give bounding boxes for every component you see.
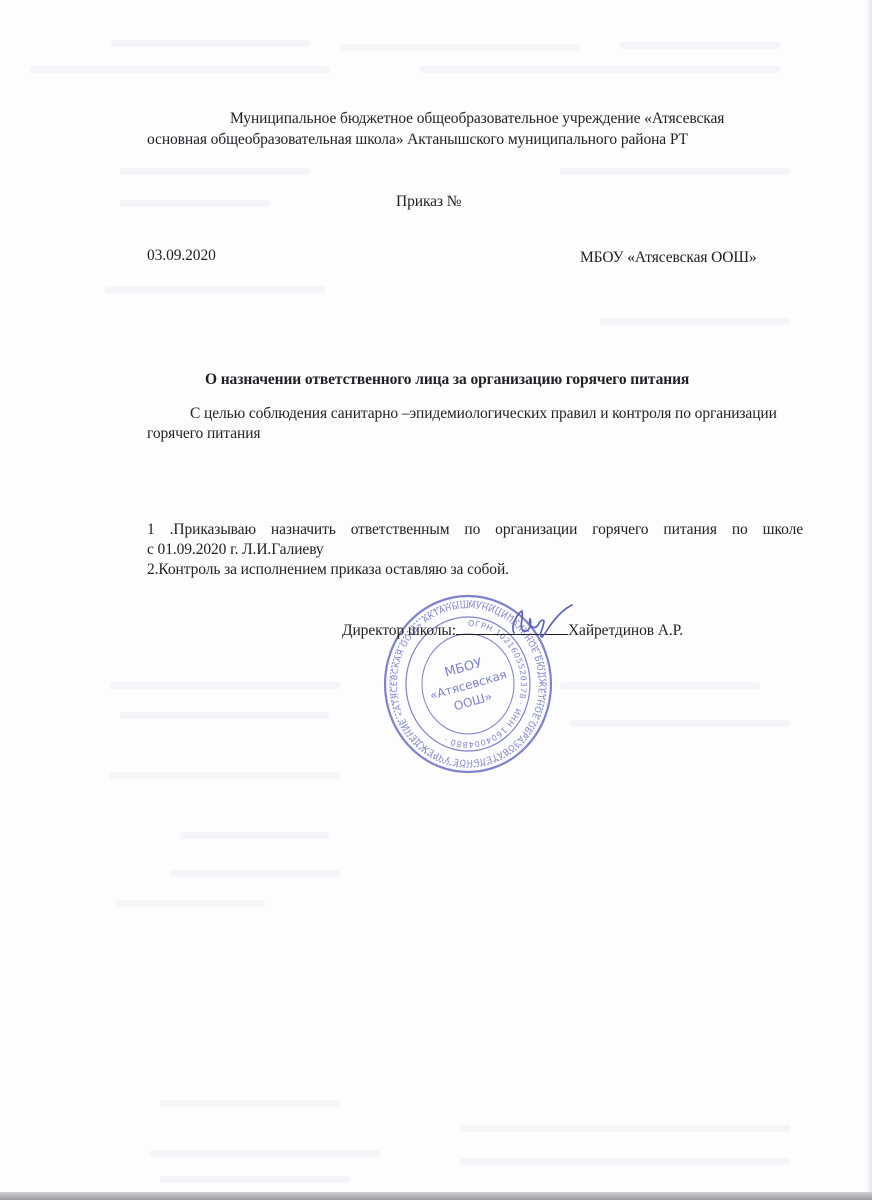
order-number-label: Приказ № [396,193,461,211]
order-item-1-line-2: с 01.09.2020 г. Л.И.Галиеву [147,541,324,559]
institution-name-line-2: основная общеобразовательная школа» Акта… [147,131,688,149]
organization-short-name: МБОУ «Атясевская ООШ» [580,249,757,267]
order-title: О назначении ответственного лица за орга… [205,371,689,389]
order-item-2: 2.Контроль за исполнением приказа оставл… [147,561,509,579]
scan-right-edge [866,0,872,1200]
institution-name-line-1: Муниципальное бюджетное общеобразователь… [230,110,724,128]
preamble-line-1: С целью соблюдения санитарно –эпидемиоло… [190,405,777,423]
scanned-page: Муниципальное бюджетное общеобразователь… [0,0,872,1200]
signatory-name: Хайретдинов А.Р. [568,622,683,639]
order-date: 03.09.2020 [147,247,216,265]
scan-bottom-edge [0,1192,872,1200]
signatory-position: Директор школы: [342,622,456,639]
handwritten-signature [500,603,580,639]
preamble-line-2: горячего питания [147,425,260,443]
order-item-1-line-1: 1 .Приказываю назначить ответственным по… [147,521,803,539]
